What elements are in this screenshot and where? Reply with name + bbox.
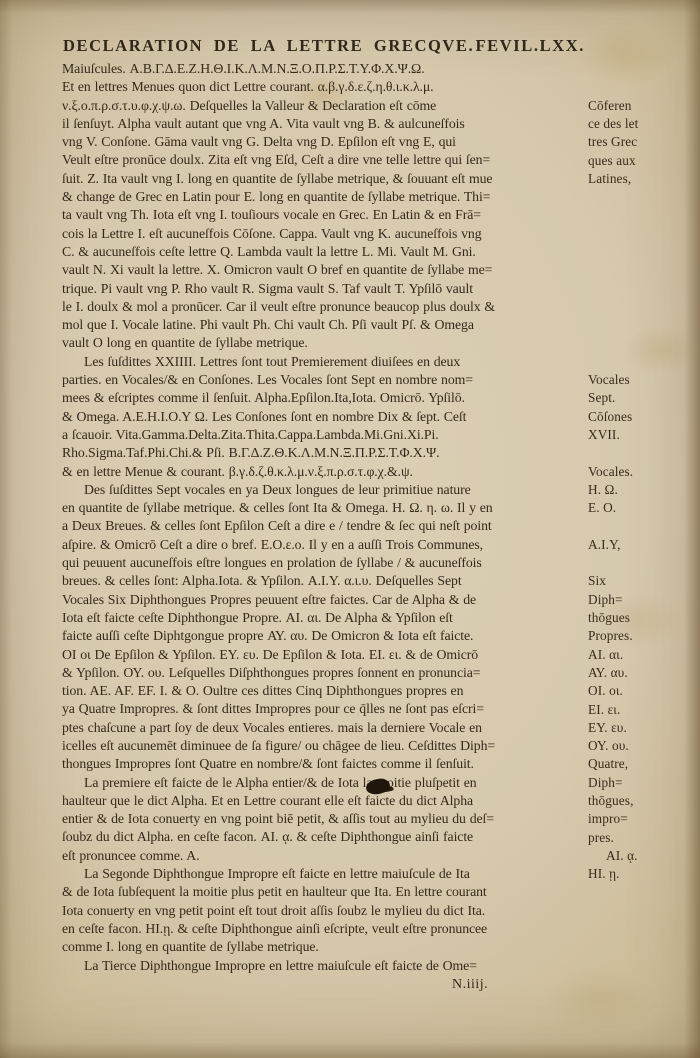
text-line: en quantite de ſyllabe metrique. & celle… (62, 499, 586, 517)
margin-note: pres. (588, 829, 614, 847)
text-line: & Omega. A.E.H.I.O.Y Ω. Les Conſones ſon… (62, 408, 586, 426)
text-line: tion. AE. AF. EF. I. & O. Oultre ces dit… (62, 682, 586, 700)
text-line: ya Quatre Impropres. & ſont dittes Impro… (62, 700, 586, 718)
margin-note: Six (588, 572, 606, 590)
text-line: ΟΙ οι De Epſilon & Ypſilon. ΕΥ. ευ. De E… (62, 646, 586, 664)
text-line: & change de Grec en Latin pour E. long e… (62, 188, 586, 206)
margin-note: XVII. (588, 426, 620, 444)
text-line: haulteur que le dict Alpha. Et en Lettre… (62, 792, 586, 810)
text-line: eſt pronuncee comme. A. (62, 847, 586, 865)
text-line: Et en lettres Menues quon dict Lettre co… (62, 78, 586, 96)
margin-note: impro= (588, 810, 628, 828)
margin-note: ΕΥ. ευ. (588, 719, 627, 737)
main-text-column: Maiuſcules. Α.Β.Γ.Δ.Ε.Ζ.Η.Θ.Ι.Κ.Λ.Μ.Ν.Ξ.… (62, 60, 586, 975)
margin-note: tres Grec (588, 133, 637, 151)
margin-note: Α.Ι.Υ, (588, 536, 621, 554)
running-head: DECLARATION DE LA LETTRE GRECQVE. FEVIL.… (63, 36, 585, 56)
text-line: Les ſuſdittes XXIIII. Lettres ſont tout … (62, 353, 586, 371)
text-line: thongues Impropres ſont Quatre en nombre… (62, 755, 586, 773)
text-line: trique. Pi vault vng P. Rho vault R. Sig… (62, 280, 586, 298)
text-line: vault N. Xi vault la lettre. X. Omicron … (62, 261, 586, 279)
margin-note: thōgues (588, 609, 630, 627)
text-line: & Ypſilon. ΟΥ. ου. Leſquelles Diſphthong… (62, 664, 586, 682)
text-line: en ceſte facon. ΗΙ.ῃ. & ceſte Diphthongu… (62, 920, 586, 938)
text-line: Vocales Six Diphthongues Propres peuuent… (62, 591, 586, 609)
margin-note: Ε. Ο. (588, 499, 616, 517)
text-line: il ſenſuyt. Alpha vault autant que vng A… (62, 115, 586, 133)
text-line: a ſcauoir. Vita.Gamma.Delta.Zita.Thita.C… (62, 426, 586, 444)
book-page: DECLARATION DE LA LETTRE GRECQVE. FEVIL.… (0, 0, 700, 1058)
text-line: Iota eſt faicte ceſte Diphthongue Propre… (62, 609, 586, 627)
margin-note: ΑΙ. ᾳ. (588, 847, 638, 865)
margin-note: Vocales (588, 371, 630, 389)
text-line: parties. en Vocales/& en Conſones. Les V… (62, 371, 586, 389)
text-line: icelles eſt aucunemēt diminuee de ſa fig… (62, 737, 586, 755)
text-line: qui peuuent aucuneſfois eſtre longues en… (62, 554, 586, 572)
text-line: C. & aucuneſfois ceſte lettre Q. Lambda … (62, 243, 586, 261)
margin-note: Cōſones (588, 408, 632, 426)
text-line: ν.ξ.ο.π.ρ.σ.τ.υ.φ.χ.ψ.ω. Deſquelles la V… (62, 97, 586, 115)
text-line: La premiere eſt faicte de le Alpha entie… (62, 774, 586, 792)
text-line: ta vault vng Th. Iota eſt vng I. touſiou… (62, 206, 586, 224)
page-title: DECLARATION DE LA LETTRE GRECQVE. (63, 36, 474, 56)
margin-note: ΕΙ. ει. (588, 701, 620, 719)
signature-mark: N.iiij. (452, 977, 488, 993)
margin-note: Sept. (588, 389, 615, 407)
margin-note: Η. Ω. (588, 481, 618, 499)
text-line: entier & de Iota conuerty en vng point b… (62, 810, 586, 828)
text-line: le I. doulx & mol a pronūcer. Car il veu… (62, 298, 586, 316)
margin-note: Quatre, (588, 755, 628, 773)
text-line: Des ſuſdittes Sept vocales en ya Deux lo… (62, 481, 586, 499)
margin-note: ΑΥ. αυ. (588, 664, 628, 682)
text-line: mol que I. Vocale latine. Phi vault Ph. … (62, 316, 586, 334)
margin-note: Propres. (588, 627, 633, 645)
text-line: & en lettre Menue & courant. β.γ.δ.ζ.θ.κ… (62, 463, 586, 481)
text-line: ſoubz du dict Alpha. en ceſte facon. ΑΙ.… (62, 828, 586, 846)
text-line: Maiuſcules. Α.Β.Γ.Δ.Ε.Ζ.Η.Θ.Ι.Κ.Λ.Μ.Ν.Ξ.… (62, 60, 586, 78)
text-line: ptes chaſcune a part ſoy de deux Vocales… (62, 719, 586, 737)
text-line: & de Iota ſubſequent la moitie plus peti… (62, 883, 586, 901)
text-line: Veult eſtre pronūce doulx. Zita eſt vng … (62, 151, 586, 169)
text-line: La Segonde Diphthongue Impropre eſt faic… (62, 865, 586, 883)
margin-note: Vocales. (588, 463, 633, 481)
text-line: La Tierce Diphthongue Impropre en lettre… (62, 957, 586, 975)
margin-note: ce des let (588, 115, 638, 133)
margin-note: ΗΙ. ῃ. (588, 865, 620, 883)
margin-note: Cōferen (588, 97, 632, 115)
margin-note: ΑΙ. αι. (588, 646, 623, 664)
text-line: breues. & celles ſont: Alpha.Iota. & Ypſ… (62, 572, 586, 590)
margin-note: thōgues, (588, 792, 634, 810)
text-line: aſpire. & Omicrō Ceſt a dire o bref. E.O… (62, 536, 586, 554)
margin-note: Diph= (588, 774, 623, 792)
text-line: cois la Lettre I. eſt aucuneſfois Cōſone… (62, 225, 586, 243)
margin-note: ΟΙ. οι. (588, 682, 623, 700)
margin-note: ques aux (588, 152, 636, 170)
text-line: vng V. Conſone. Gāma vault vng G. Delta … (62, 133, 586, 151)
text-line: vault O long en quantite de ſyllabe metr… (62, 334, 586, 352)
text-line: mees & eſcriptes comme il ſenſuit. Alpha… (62, 389, 586, 407)
text-line: a Deux Breues. & celles ſont Epſilon Ceſ… (62, 517, 586, 535)
text-line: faicte auſſi ceſte Diphtgongue propre ΑΥ… (62, 627, 586, 645)
text-line: comme I. long en quantite de ſyllabe met… (62, 938, 586, 956)
text-line: Iota conuerty en vng petit point eſt tou… (62, 902, 586, 920)
margin-note: ΟΥ. ου. (588, 737, 629, 755)
folio-number: FEVIL.LXX. (475, 36, 585, 56)
margin-note: Diph= (588, 591, 623, 609)
text-line: ſuit. Z. Ita vault vng I. long en quanti… (62, 170, 586, 188)
text-line: Rho.Sigma.Taf.Phi.Chi.& Pſi. Β.Γ.Δ.Ζ.Θ.Κ… (62, 444, 586, 462)
margin-note: Latines, (588, 170, 631, 188)
